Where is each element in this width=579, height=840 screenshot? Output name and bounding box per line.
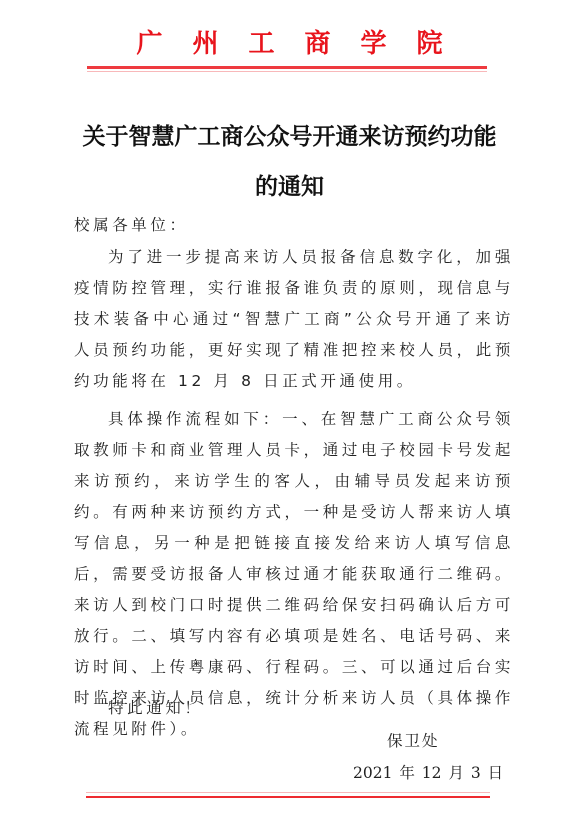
closing-remark: 特此通知！ <box>108 693 548 724</box>
issuer-signature: 保卫处 <box>387 726 440 757</box>
footer-divider-thin <box>86 792 490 793</box>
paragraph-1: 为了进一步提高来访人员报备信息数字化，加强疫情防控管理，实行谁报备谁负责的原则，… <box>74 242 514 397</box>
footer-divider-thick <box>86 796 490 798</box>
issue-date: 2021 年 12 月 3 日 <box>353 758 503 789</box>
document-title-line-1: 关于智慧广工商公众号开通来访预约功能 <box>0 122 579 152</box>
document-title-line-2: 的通知 <box>0 172 579 202</box>
salutation: 校属各单位： <box>74 210 514 241</box>
institution-name: 广州工商学院 <box>0 26 579 62</box>
header-divider-thick <box>87 66 487 69</box>
header-divider-thin <box>87 71 487 72</box>
